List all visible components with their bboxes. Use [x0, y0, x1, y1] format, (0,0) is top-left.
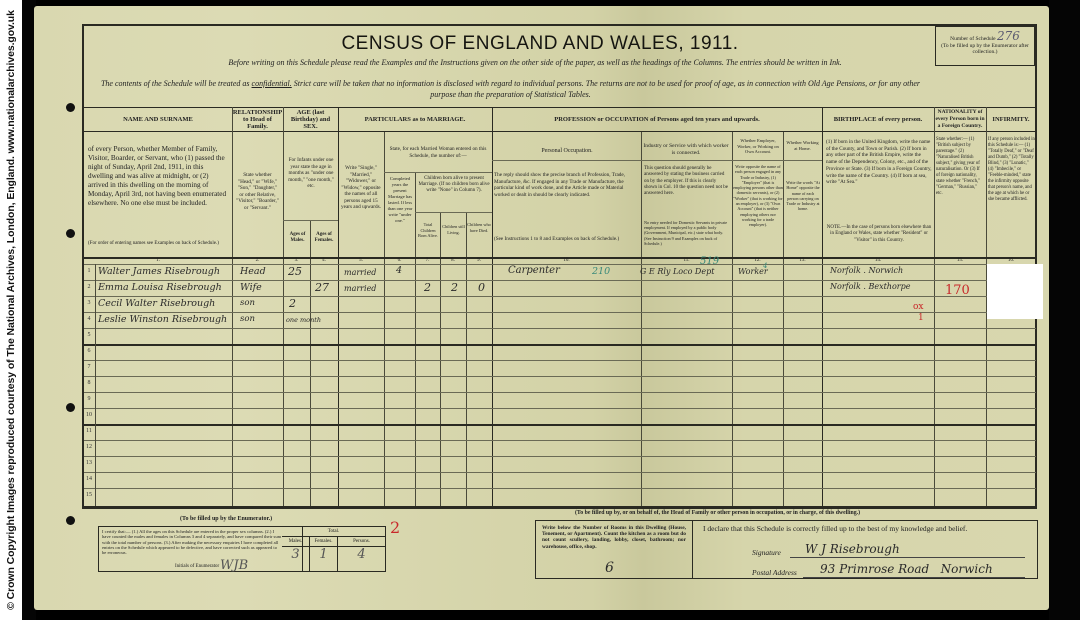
- row-number-divider: [95, 264, 96, 506]
- age-male: 2: [289, 297, 296, 310]
- watermark-strip: © Crown Copyright Images reproduced cour…: [0, 0, 22, 620]
- confidentiality-notice: The contents of the Schedule will be tre…: [88, 78, 933, 100]
- column-number: 13.: [783, 258, 822, 263]
- children-instructions: Children born alive to present Marriage.…: [418, 176, 490, 195]
- relationship-instructions: State whether "Head," or "Wife," "Son," …: [235, 172, 280, 211]
- row-line: [84, 456, 1036, 457]
- grid-line: [84, 264, 1036, 265]
- enumerator-certify-text: I certify that:— (1.) All the ages on th…: [102, 529, 282, 555]
- red-annotation: ox: [913, 302, 924, 312]
- column-number: 14.: [822, 258, 934, 263]
- row-line: [84, 392, 1036, 393]
- industry-note: No entry needed for Domestic Servants in…: [644, 220, 730, 246]
- birthplace: Norfolk . Bexthorpe: [830, 282, 910, 291]
- persons-label: Persons.: [338, 537, 385, 546]
- row-line: [84, 312, 1036, 313]
- postal-address: 93 Primrose Road Norwich: [820, 562, 993, 576]
- totals-label: Total.: [282, 527, 385, 537]
- row-number: 5: [84, 332, 94, 338]
- row-line: [84, 280, 1036, 281]
- children-living-label: Children still Living.: [441, 224, 466, 235]
- row-line: [84, 440, 1036, 441]
- red-annotation: 2: [390, 518, 400, 537]
- col-header-name: NAME AND SURNAME: [84, 107, 232, 132]
- nationality-instructions: State whether:— (1) "British subject by …: [936, 137, 984, 197]
- birthplace: Norfolk . Norwich: [830, 266, 903, 275]
- marital-condition: married: [344, 268, 376, 277]
- grid-line: [283, 107, 284, 507]
- enumerator-initials: WJB: [220, 558, 248, 573]
- grid-line: [415, 212, 492, 213]
- row-line: [84, 296, 1036, 297]
- row-line: [84, 424, 1036, 426]
- row-number: 11: [84, 428, 94, 434]
- row-number: 4: [84, 316, 94, 322]
- row-line: [84, 472, 1036, 473]
- industry-instructions: This question should generally be answer…: [644, 166, 730, 197]
- person-name: Emma Louisa Risebrough: [98, 282, 222, 293]
- employment-status-label: Whether Employer, Worker, or Working on …: [733, 138, 783, 155]
- row-line: [84, 360, 1036, 361]
- age-male: one month: [286, 316, 321, 324]
- col-header-infirmity: INFIRMITY.: [986, 107, 1036, 132]
- age-male: 25: [288, 265, 302, 278]
- married-woman-instructions: State, for each Married Woman entered on…: [386, 146, 490, 159]
- column-number: 8.: [440, 258, 466, 263]
- row-number: 8: [84, 380, 94, 386]
- employment-code: 4: [763, 262, 767, 270]
- declaration-text: I declare that this Schedule is correctl…: [703, 524, 1027, 533]
- form-subtitle: Before writing on this Schedule please r…: [120, 58, 950, 67]
- name-note: (For order of entering names see Example…: [88, 241, 228, 247]
- row-line: [84, 408, 1036, 409]
- ages-males-label: Ages of Males.: [285, 232, 310, 244]
- row-number: 15: [84, 492, 94, 498]
- marriage-years-instructions: Completed years the present Marriage has…: [385, 176, 415, 224]
- marriage-condition-instructions: Write "Single," "Married," "Widower," or…: [340, 165, 382, 211]
- industry-label: Industry or Service with which worker is…: [643, 143, 729, 157]
- row-number: 12: [84, 444, 94, 450]
- children-died-label: Children who have Died.: [467, 222, 491, 233]
- row-line: [84, 376, 1036, 377]
- row-line: [84, 344, 1036, 346]
- row-number: 6: [84, 348, 94, 354]
- scan-border-right: [1049, 0, 1080, 620]
- children-died: 0: [478, 281, 485, 294]
- rooms-box: Write below the Number of Rooms in this …: [535, 520, 693, 579]
- household-heading: (To be filled up by, or on behalf of, th…: [575, 510, 860, 516]
- personal-occupation-note: (See Instructions 1 to 8 and Examples on…: [494, 236, 640, 243]
- person-name: Leslie Winston Risebrough: [98, 314, 227, 325]
- occupation: Carpenter: [508, 265, 560, 276]
- copyright-watermark: © Crown Copyright Images reproduced cour…: [5, 10, 17, 610]
- column-number: 15.: [934, 258, 986, 263]
- person-relationship: Head: [240, 266, 266, 277]
- col-header-occupation: PROFESSION or OCCUPATION of Persons aged…: [492, 107, 822, 132]
- industry-code: 519: [700, 256, 719, 267]
- row-line: [84, 506, 1036, 508]
- redacted-infirmity-area: [987, 264, 1043, 319]
- column-number: 7.: [415, 258, 440, 263]
- schedule-number-box: Number of Schedule 276 (To be filled up …: [935, 26, 1035, 66]
- grid-line: [492, 160, 822, 161]
- marital-condition: married: [344, 284, 376, 293]
- schedule-number-value: 276: [997, 29, 1020, 43]
- address-line: [803, 577, 1025, 578]
- col-header-nationality: NATIONALITY of every Person born in a Fo…: [934, 107, 986, 132]
- col-header-age: AGE (last Birthday) and SEX.: [283, 107, 338, 132]
- grid-line: [732, 132, 733, 507]
- row-number: 7: [84, 364, 94, 370]
- birthplace-note: NOTE.—In the case of persons born elsewh…: [826, 225, 932, 244]
- occupation-code: 210: [592, 266, 610, 277]
- grid-line: [492, 107, 493, 507]
- nationality-code: 170: [945, 283, 970, 298]
- grid-line: [384, 132, 385, 507]
- punch-hole: [66, 103, 75, 112]
- schedule-number-note: (To be filled up by the Enumerator after…: [941, 43, 1029, 56]
- rooms-count: 6: [605, 560, 614, 576]
- column-number: 10.: [492, 258, 641, 263]
- column-number: 6.: [384, 258, 415, 263]
- grid-line: [934, 107, 935, 507]
- marriage-years: 4: [396, 265, 402, 276]
- birthplace-instructions: (1) If born in the United Kingdom, write…: [826, 139, 932, 186]
- confidential-post: Strict care will be taken that no inform…: [294, 79, 920, 99]
- enumerator-heading: (To be filled up by the Enumerator.): [180, 516, 272, 522]
- person-name: Cecil Walter Risebrough: [98, 298, 215, 309]
- column-number: 3.: [283, 258, 310, 263]
- grid-line: [283, 220, 338, 221]
- total-males: 3: [282, 547, 310, 571]
- punch-hole: [66, 516, 75, 525]
- row-line: [84, 328, 1036, 329]
- employment-status-instructions: Write opposite the name of each person e…: [733, 164, 783, 228]
- person-relationship: son: [240, 298, 255, 308]
- punch-hole: [66, 229, 75, 238]
- personal-occupation-label: Personal Occupation.: [494, 147, 640, 155]
- ages-females-label: Ages of Females.: [311, 232, 337, 244]
- infirmity-instructions: If any person included in this Schedule …: [988, 137, 1035, 203]
- person-name: Walter James Risebrough: [98, 266, 220, 277]
- row-number: 10: [84, 412, 94, 418]
- red-annotation: 1: [918, 313, 924, 323]
- working-at-home-instructions: Write the words "At Home" opposite the n…: [786, 180, 820, 212]
- row-number: 3: [84, 300, 94, 306]
- males-label: Males.: [282, 537, 310, 546]
- name-instructions: of every Person, whether Member of Famil…: [88, 145, 228, 208]
- industry: G E Rly Loco Dept: [640, 267, 714, 276]
- column-number: 12.: [732, 258, 783, 263]
- row-number: 2: [84, 284, 94, 290]
- form-title: CENSUS OF ENGLAND AND WALES, 1911.: [300, 33, 780, 55]
- punch-hole: [66, 403, 75, 412]
- grid-line: [232, 107, 233, 507]
- rooms-instructions: Write below the Number of Rooms in this …: [542, 525, 686, 550]
- row-number: 14: [84, 476, 94, 482]
- column-number: 9.: [466, 258, 492, 263]
- grid-line: [641, 132, 642, 507]
- column-number: 4.: [310, 258, 338, 263]
- confidential-pre: The contents of the Schedule will be tre…: [101, 79, 250, 88]
- total-children-label: Total Children Born Alive.: [416, 222, 440, 239]
- children-living: 2: [451, 281, 458, 294]
- col-header-relationship: RELATIONSHIP to Head of Family.: [232, 107, 283, 132]
- signature: W J Risebrough: [805, 542, 900, 556]
- age-female: 27: [315, 281, 329, 294]
- personal-occupation-instructions: The reply should show the precise branch…: [494, 172, 640, 198]
- grid-line: [822, 107, 823, 507]
- grid-line: [384, 172, 492, 173]
- grid-line: [338, 107, 339, 507]
- person-relationship: son: [240, 314, 255, 324]
- total-persons: 4: [338, 547, 385, 571]
- schedule-number-label: Number of Schedule: [950, 36, 996, 42]
- postal-address-label: Postal Address: [752, 568, 797, 577]
- person-relationship: Wife: [240, 282, 262, 293]
- totals-box: Total. Males. Females. Persons. 3 1 4: [282, 526, 386, 572]
- working-at-home-label: Whether Working at Home.: [785, 140, 820, 151]
- age-instructions: For Infants under one year state the age…: [285, 157, 337, 190]
- column-number: 16.: [986, 258, 1036, 263]
- column-number: 5.: [338, 258, 384, 263]
- signature-label: Signature: [752, 548, 781, 557]
- row-number: 1: [84, 268, 94, 274]
- row-line: [84, 488, 1036, 489]
- grid-line: [783, 132, 784, 507]
- column-number: 2.: [232, 258, 283, 263]
- column-number: 1.: [84, 258, 232, 263]
- total-females: 1: [310, 547, 338, 571]
- row-number: 13: [84, 460, 94, 466]
- signature-line: [790, 557, 1025, 558]
- row-number: 9: [84, 396, 94, 402]
- females-label: Females.: [310, 537, 338, 546]
- col-header-marriage: PARTICULARS as to MARRIAGE.: [338, 107, 492, 132]
- col-header-birthplace: BIRTHPLACE of every person.: [822, 107, 934, 132]
- initials-label: Initials of Enumerator: [175, 564, 219, 569]
- confidential-word: confidential.: [252, 79, 292, 88]
- children-total: 2: [424, 281, 431, 294]
